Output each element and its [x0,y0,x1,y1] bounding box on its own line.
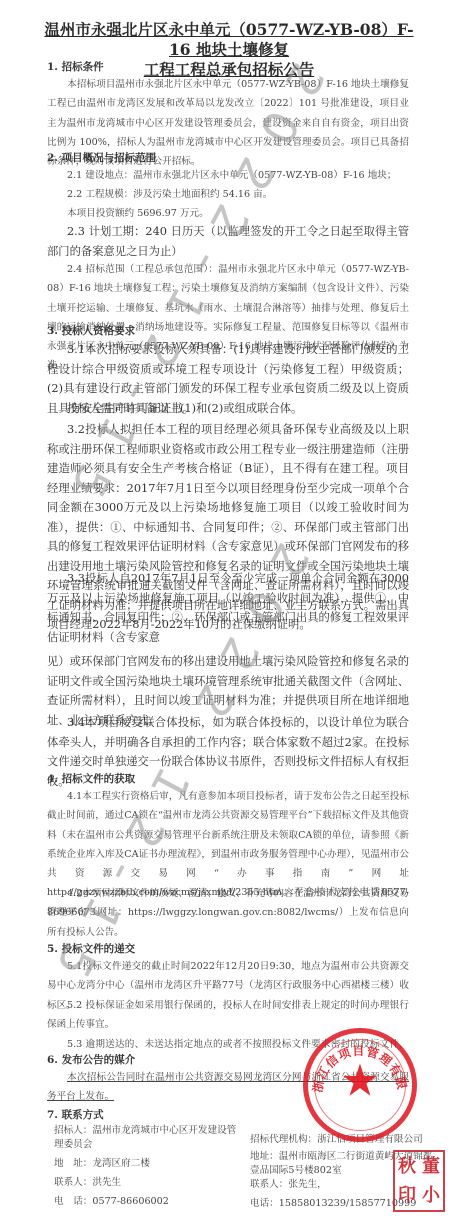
section-7-heading: 7. 联系方式 [47,1108,104,1123]
agency-contact-value: 张先生， [288,1179,326,1190]
seal-char-3: 印 [395,1181,419,1210]
seal-char-2: 董 [419,1152,443,1181]
tenderer-address-value: 龙湾区府二楼 [92,1158,150,1169]
section-6-heading: 6. 发布公告的媒介 [47,1053,135,1068]
tenderer-address-label: 地 址： [54,1158,92,1169]
agency-contact: 联系人：张先生， [250,1178,327,1192]
tenderer-label: 招标人： [54,1125,92,1136]
seal-char-4: 小 [419,1181,443,1210]
tenderer-address: 地 址：龙湾区府二楼 [54,1157,150,1171]
tenderer-contact: 联系人：洪先生 [54,1176,121,1190]
agency-contact-label: 联系人： [250,1179,288,1190]
personal-seal-stamp: 秋 董 印 小 [393,1150,445,1212]
tenderer-phone-value: 0577-86606002 [92,1196,169,1207]
agency-address-label: 地址： [250,1151,279,1162]
agency-phone-label: 电话： [250,1198,279,1209]
seal-char-1: 秋 [395,1152,419,1181]
tenderer-phone: 电 话：0577-86606002 [54,1195,169,1209]
tenderer-phone-label: 电 话： [54,1196,92,1207]
tenderer-block: 招标人：温州市龙湾城市中心区开发建设管理委员会 [54,1124,244,1152]
tenderer-contact-value: 洪先生 [92,1177,121,1188]
tenderer-contact-label: 联系人： [54,1177,92,1188]
star-icon: ★ [340,1059,379,1103]
agency-phone: 电话：15858013239/15857710999 [250,1197,416,1211]
company-seal-stamp: 浙江信项目管理有限公司 ★ [303,1028,417,1142]
